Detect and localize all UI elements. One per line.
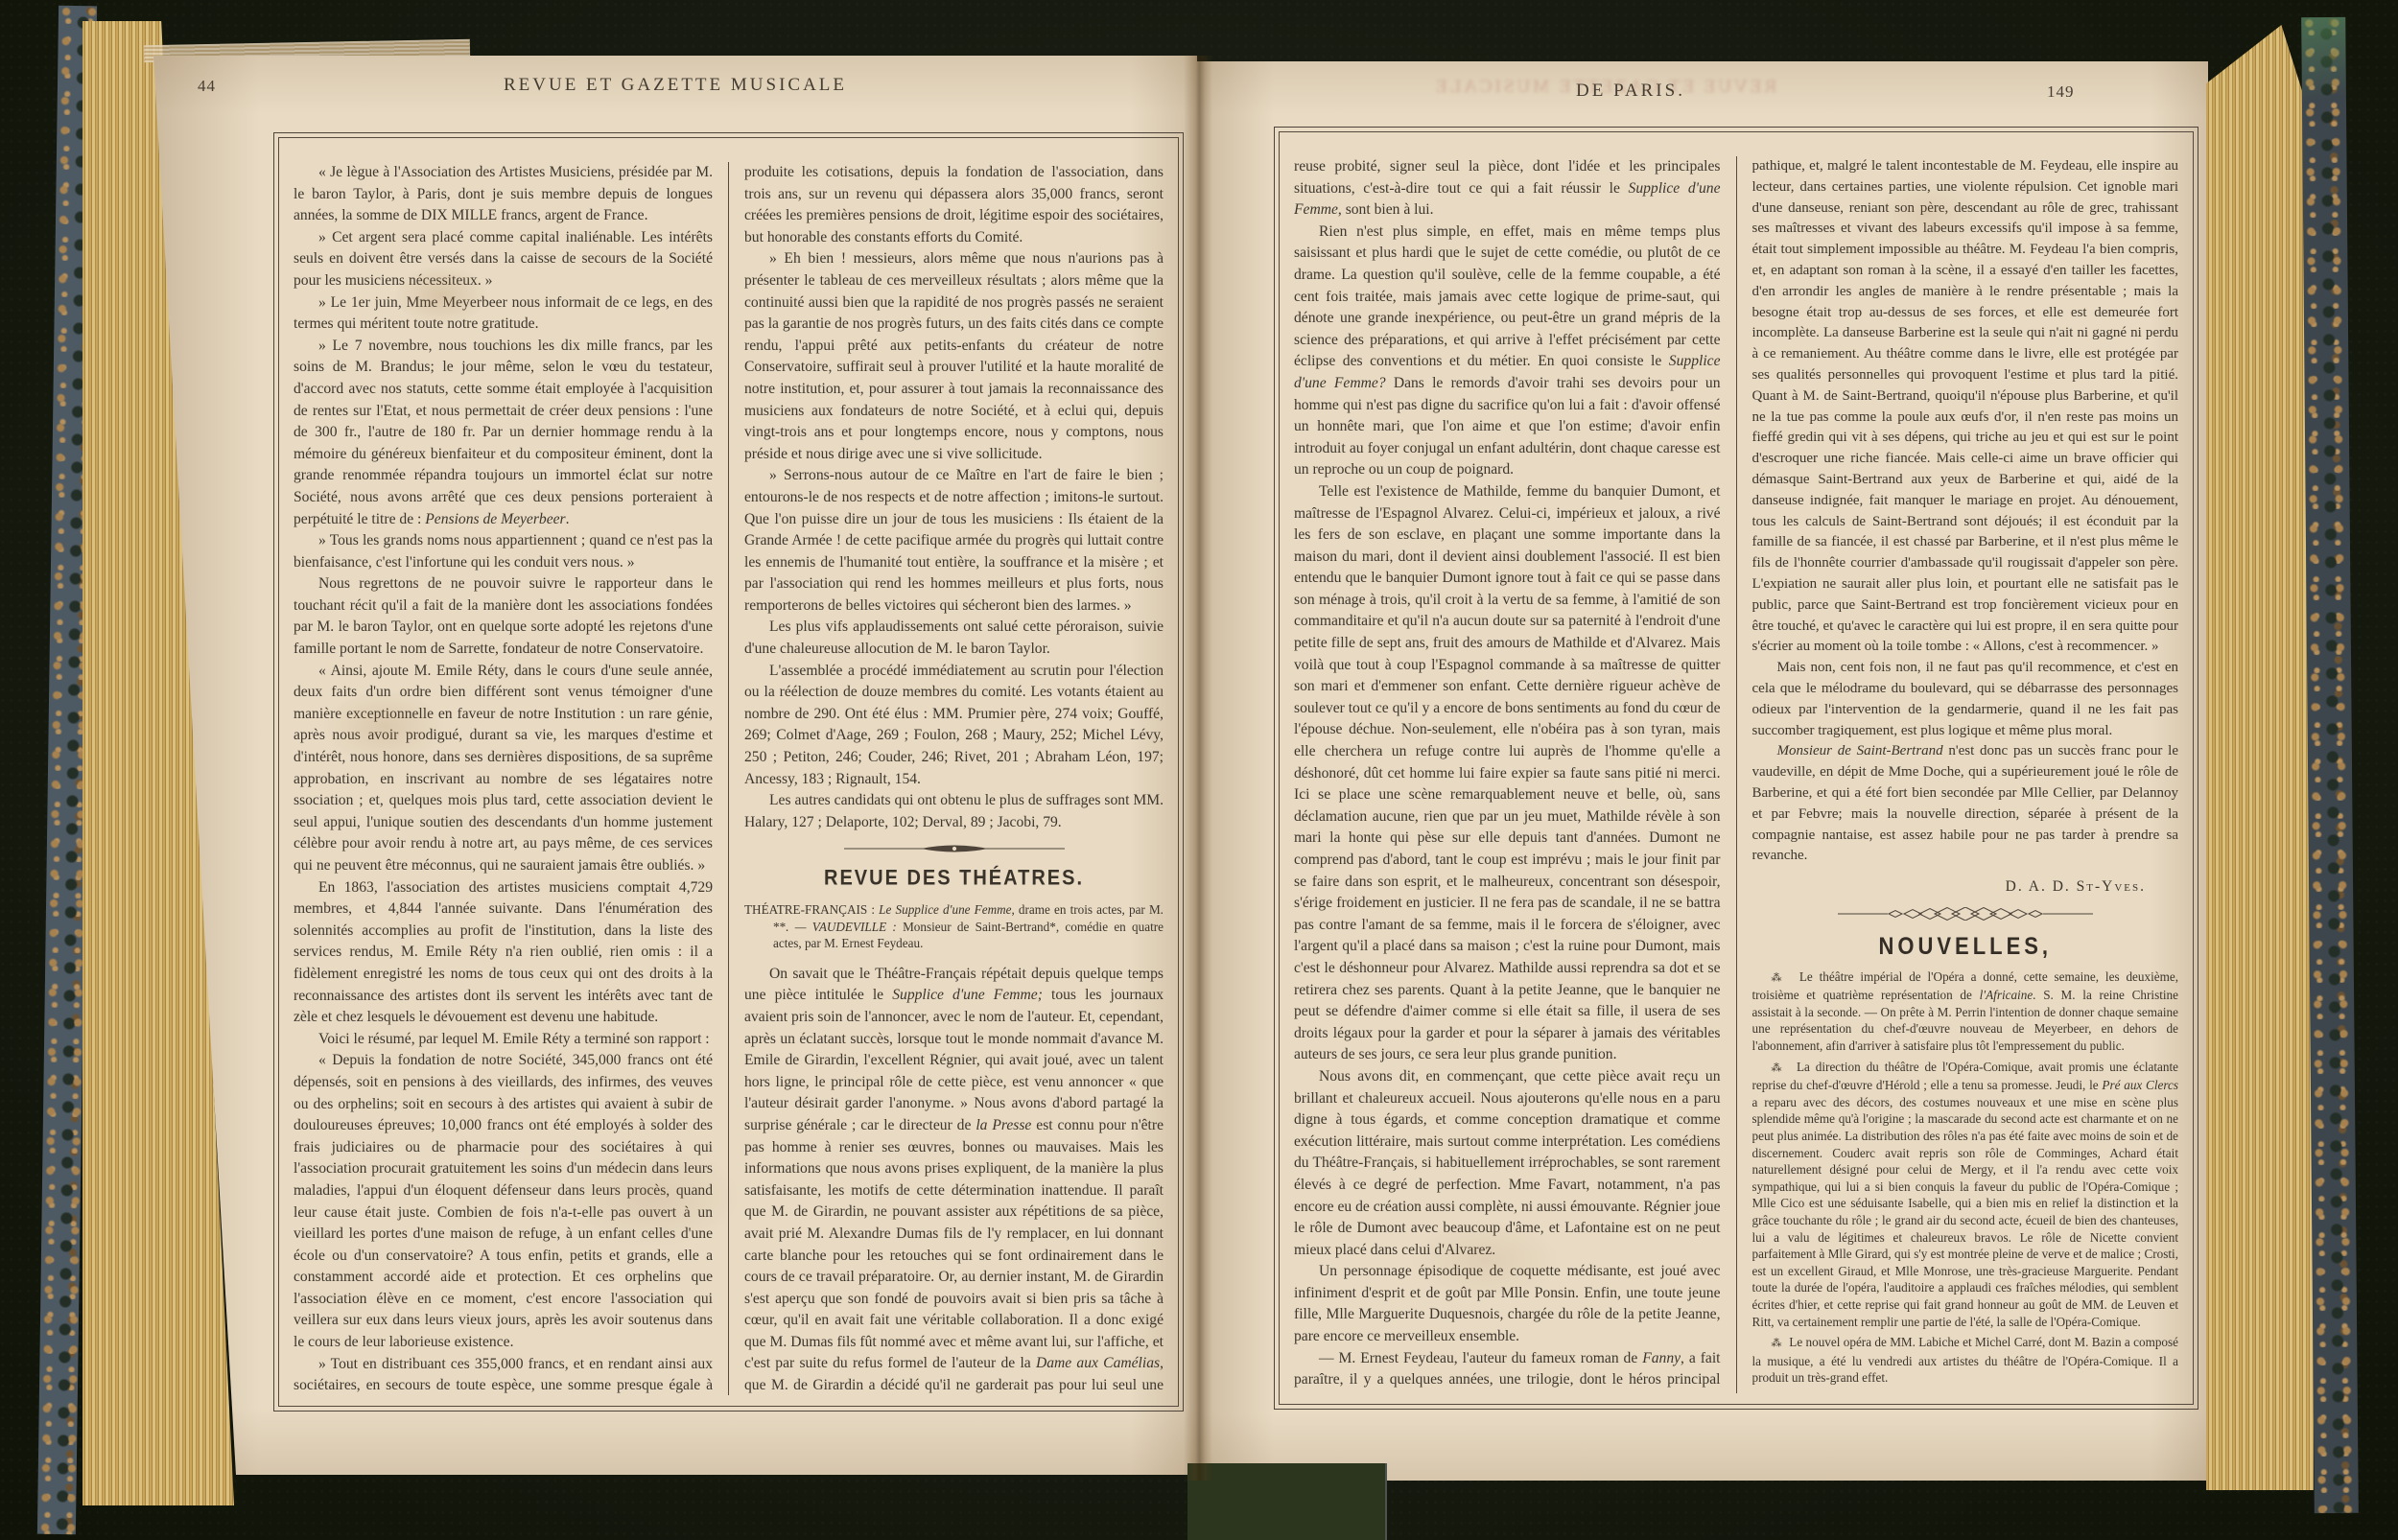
paragraph: » Le 7 novembre, nous touchions les dix … (294, 336, 713, 530)
paragraph: Monsieur de Saint-Bertrand n'est donc pa… (1752, 741, 2179, 867)
paragraph: » Eh bien ! messieurs, alors même que no… (744, 248, 1164, 465)
right-page-frame: reuse probité, signer seul la pièce, don… (1274, 127, 2198, 1410)
left-column-1: « Je lègue à l'Association des Artistes … (294, 162, 713, 1395)
left-page-frame: « Je lègue à l'Association des Artistes … (273, 132, 1184, 1412)
stacked-page-edges-right (2206, 25, 2314, 1490)
diamond-chain-ornament-icon (1752, 907, 2179, 921)
paragraph: Un personnage épisodique de coquette méd… (1294, 1261, 1721, 1347)
left-page: 44 REVUE ET GAZETTE MUSICALE « Je lègue … (153, 56, 1197, 1475)
author-signature: D. A. D. St-Yves. (1752, 876, 2147, 898)
column-divider-rule (728, 162, 729, 1395)
column-divider-rule (1736, 156, 1737, 1393)
asterism-icon: ⁂ (1772, 1338, 1783, 1349)
paragraph: « Ainsi, ajoute M. Emile Réty, dans le c… (294, 661, 713, 877)
left-running-title: REVUE ET GAZETTE MUSICALE (153, 75, 1197, 96)
paragraph: En 1863, l'association des artistes musi… (294, 877, 713, 1029)
book-spread: 44 REVUE ET GAZETTE MUSICALE « Je lègue … (0, 0, 2398, 1540)
rule-diamond-ornament-icon (744, 843, 1164, 854)
paragraph: « Je lègue à l'Association des Artistes … (294, 162, 713, 227)
left-column-2: produite les cotisations, depuis la fond… (744, 162, 1164, 1395)
paragraph-continuation: produite les cotisations, depuis la fond… (744, 162, 1164, 248)
news-item: ⁂ Le nouvel opéra de MM. Labiche et Mich… (1752, 1334, 2179, 1387)
right-page-number: 149 (2047, 82, 2075, 102)
paragraph: Nous avons dit, en commençant, que cette… (1294, 1066, 1721, 1261)
news-section-heading: NOUVELLES, (1752, 934, 2179, 958)
gutter-bottom-shadow (1187, 1463, 1387, 1540)
right-column-2: pathique, et, malgré le talent incontest… (1752, 156, 2179, 1393)
paragraph: L'assemblée a procédé immédiatement au s… (744, 661, 1164, 791)
paragraph: Telle est l'existence de Mathilde, femme… (1294, 481, 1721, 1066)
paragraph: Voici le résumé, par lequel M. Emile Rét… (294, 1029, 713, 1051)
paragraph: » Cet argent sera placé comme capital in… (294, 227, 713, 292)
right-column-1: reuse probité, signer seul la pièce, don… (1294, 156, 1721, 1393)
paragraph: Les autres candidats qui ont obtenu le p… (744, 790, 1164, 833)
paragraph: » Serrons-nous autour de ce Maître en l'… (744, 465, 1164, 617)
paragraph: Les plus vifs applaudissements ont salué… (744, 617, 1164, 660)
paragraph: Rien n'est plus simple, en effet, mais e… (1294, 222, 1721, 481)
paragraph: » Le 1er juin, Mme Meyerbeer nous inform… (294, 292, 713, 336)
asterism-icon: ⁂ (1772, 972, 1787, 984)
right-page: REVUE ET GAZETTE MUSICALE DE PARIS. 149 … (1197, 61, 2208, 1481)
news-item: ⁂ La direction du théâtre de l'Opéra-Com… (1752, 1059, 2179, 1331)
paragraph: » Tout en distribuant ces 355,000 francs… (294, 1354, 713, 1395)
paragraph: « Depuis la fondation de notre Société, … (294, 1050, 713, 1353)
paragraph: Mais non, cent fois non, il ne faut pas … (1752, 658, 2179, 741)
news-item: ⁂ Le théâtre impérial de l'Opéra a donné… (1752, 968, 2179, 1055)
section-heading: REVUE DES THÉATRES. (744, 867, 1164, 891)
paragraph: On savait que le Théâtre-Français répéta… (744, 964, 1164, 1395)
paragraph-continuation: pathique, et, malgré le talent incontest… (1752, 156, 2179, 658)
paragraph: » Tous les grands noms nous appartiennen… (294, 530, 713, 573)
article-byline: THÉATRE-FRANÇAIS : Le Supplice d'une Fem… (744, 901, 1164, 952)
paragraph-continuation: reuse probité, signer seul la pièce, don… (1294, 156, 1721, 222)
asterism-icon: ⁂ (1772, 1062, 1786, 1074)
paragraph: — M. Ernest Feydeau, l'auteur du fameux … (1294, 1348, 1721, 1393)
paragraph: Nous regrettons de ne pouvoir suivre le … (294, 573, 713, 660)
right-running-title: DE PARIS. (1197, 81, 2064, 102)
